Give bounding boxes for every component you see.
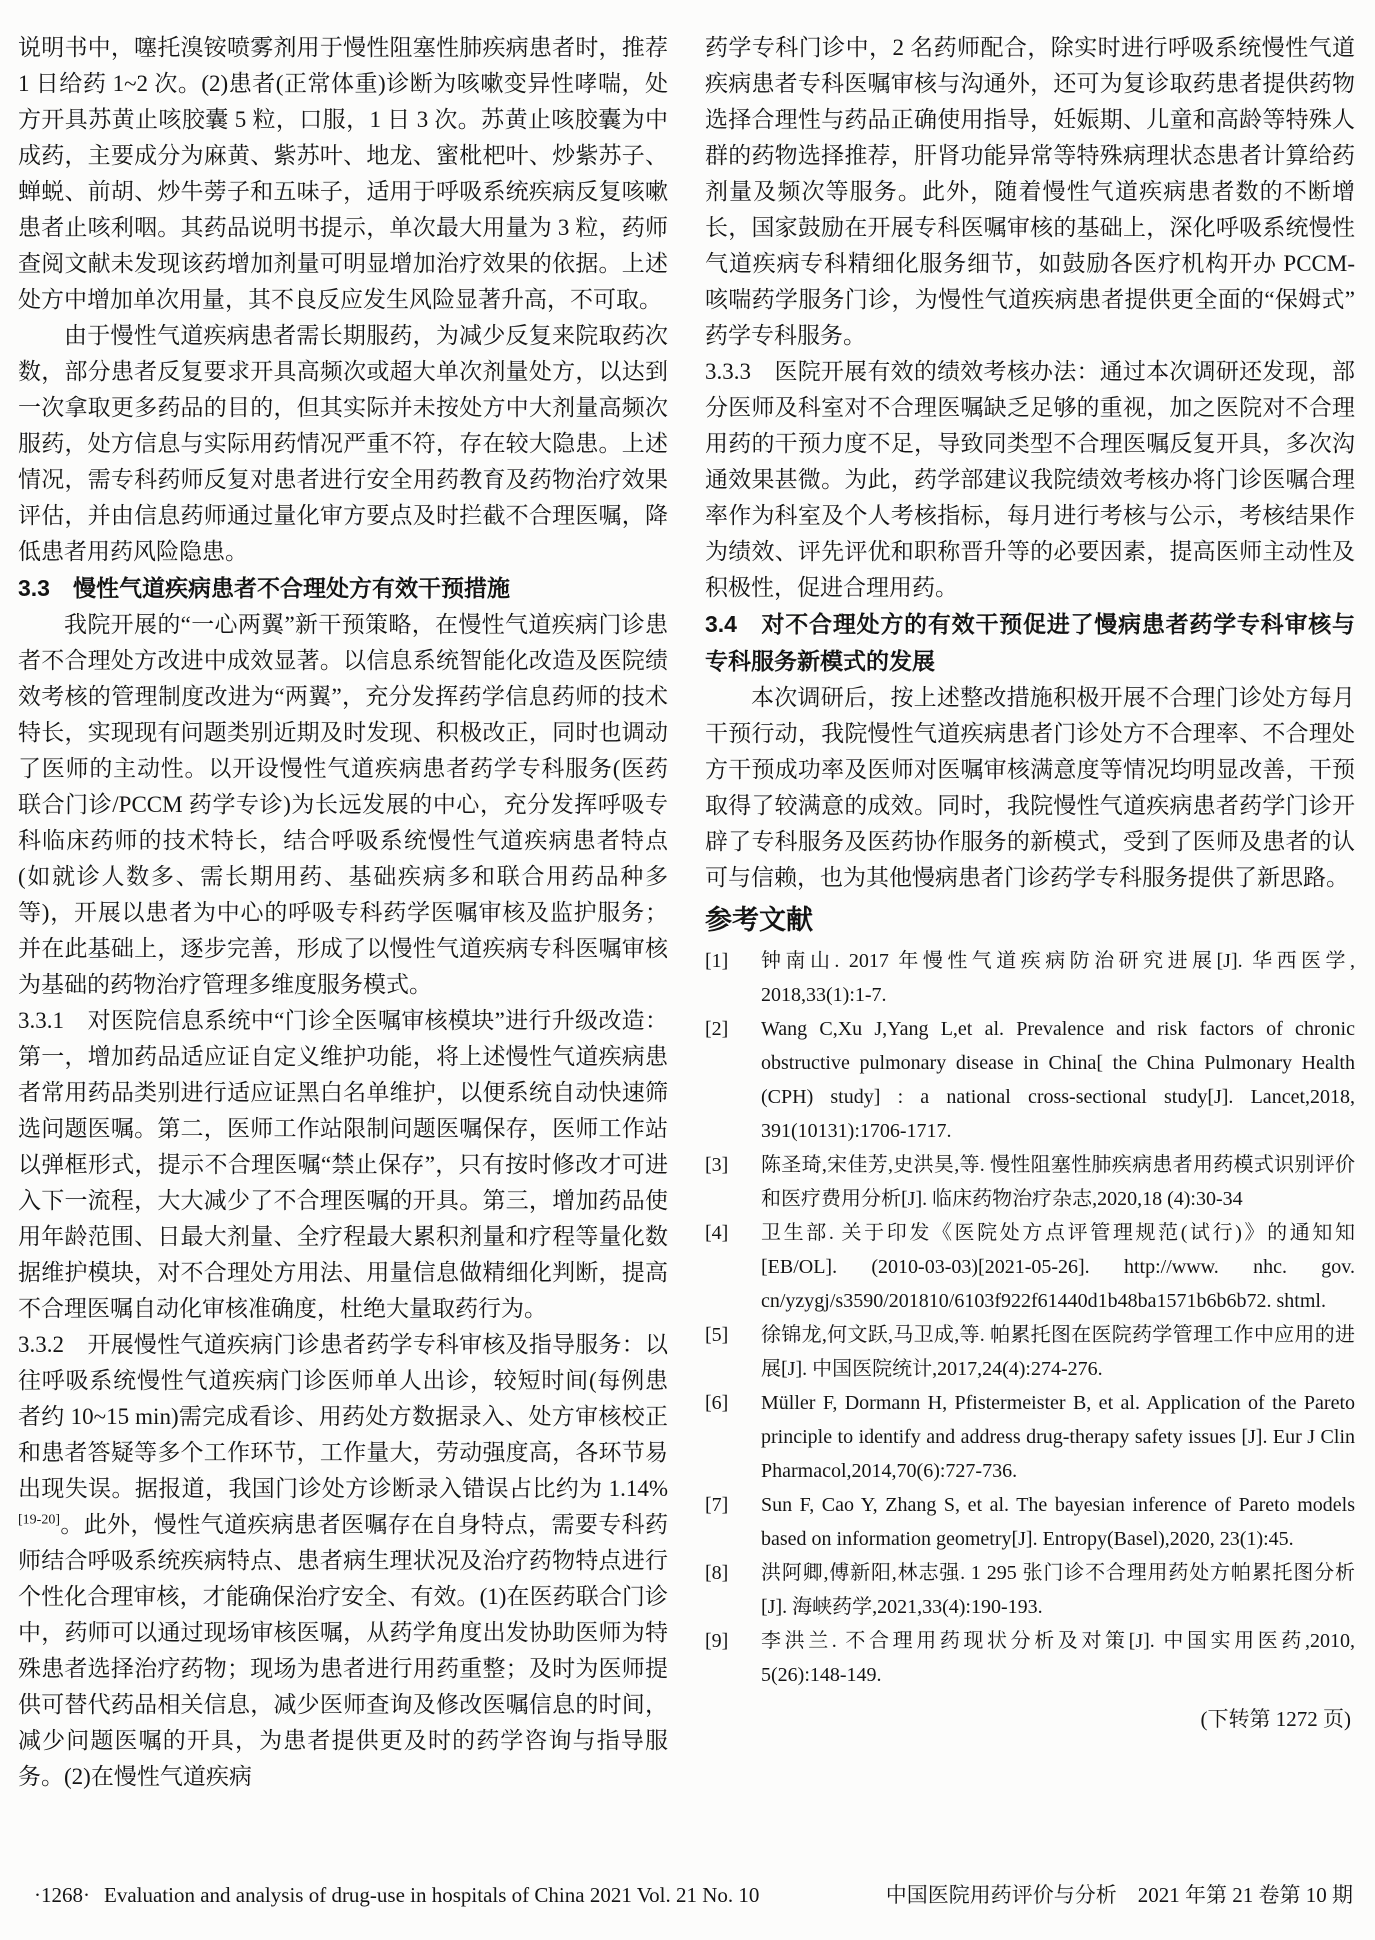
journal-page: 说明书中，噻托溴铵喷雾剂用于慢性阻塞性肺疾病患者时，推荐 1 日给药 1~2 次…	[0, 0, 1375, 1940]
ref-text: 陈圣琦,宋佳芳,史洪昊,等. 慢性阻塞性肺疾病患者用药模式识别评价和医疗费用分析…	[761, 1148, 1355, 1216]
body-paragraph: 说明书中，噻托溴铵喷雾剂用于慢性阻塞性肺疾病患者时，推荐 1 日给药 1~2 次…	[18, 30, 668, 318]
body-paragraph: 药学专科门诊中，2 名药师配合，除实时进行呼吸系统慢性气道疾病患者专科医嘱审核与…	[705, 30, 1355, 354]
reference-item: [7] Sun F, Cao Y, Zhang S, et al. The ba…	[705, 1488, 1355, 1556]
ref-marker: [2]	[705, 1012, 761, 1148]
ref-marker: [6]	[705, 1386, 761, 1488]
right-column: 药学专科门诊中，2 名药师配合，除实时进行呼吸系统慢性气道疾病患者专科医嘱审核与…	[705, 30, 1355, 1795]
ref-marker: [9]	[705, 1624, 761, 1692]
ref-text: Müller F, Dormann H, Pfistermeister B, e…	[761, 1386, 1355, 1488]
footer-left: ·1268· Evaluation and analysis of drug-u…	[34, 1882, 759, 1908]
references-heading: 参考文献	[705, 898, 1355, 942]
reference-item: [8] 洪阿卿,傅新阳,林志强. 1 295 张门诊不合理用药处方帕累托图分析[…	[705, 1556, 1355, 1624]
ref-marker: [5]	[705, 1318, 761, 1386]
reference-item: [3] 陈圣琦,宋佳芳,史洪昊,等. 慢性阻塞性肺疾病患者用药模式识别评价和医疗…	[705, 1148, 1355, 1216]
section-heading-3-4: 3.4 对不合理处方的有效干预促进了慢病患者药学专科审核与专科服务新模式的发展	[705, 606, 1355, 680]
subsection-paragraph-3-3-3: 3.3.3 医院开展有效的绩效考核办法：通过本次调研还发现，部分医师及科室对不合…	[705, 354, 1355, 606]
continuation-note: (下转第 1272 页)	[705, 1702, 1355, 1736]
left-column: 说明书中，噻托溴铵喷雾剂用于慢性阻塞性肺疾病患者时，推荐 1 日给药 1~2 次…	[18, 30, 668, 1795]
page-footer: ·1268· Evaluation and analysis of drug-u…	[0, 1882, 1375, 1908]
paragraph-text: 。此外，慢性气道疾病患者医嘱存在自身特点，需要专科药师结合呼吸系统疾病特点、患者…	[18, 1512, 668, 1789]
reference-item: [5] 徐锦龙,何文跃,马卫成,等. 帕累托图在医院药学管理工作中应用的进展[J…	[705, 1318, 1355, 1386]
section-heading-3-3: 3.3 慢性气道疾病患者不合理处方有效干预措施	[18, 570, 668, 607]
body-paragraph: 我院开展的“一心两翼”新干预策略，在慢性气道疾病门诊患者不合理处方改进中成效显著…	[18, 607, 668, 1003]
two-column-layout: 说明书中，噻托溴铵喷雾剂用于慢性阻塞性肺疾病患者时，推荐 1 日给药 1~2 次…	[18, 30, 1355, 1795]
ref-marker: [1]	[705, 944, 761, 1012]
body-paragraph: 本次调研后，按上述整改措施积极开展不合理门诊处方每月干预行动，我院慢性气道疾病患…	[705, 680, 1355, 896]
ref-marker: [3]	[705, 1148, 761, 1216]
ref-text: Sun F, Cao Y, Zhang S, et al. The bayesi…	[761, 1488, 1355, 1556]
ref-text: 洪阿卿,傅新阳,林志强. 1 295 张门诊不合理用药处方帕累托图分析[J]. …	[761, 1556, 1355, 1624]
reference-item: [1] 钟南山. 2017 年慢性气道疾病防治研究进展[J]. 华西医学, 20…	[705, 944, 1355, 1012]
journal-title-chinese: 中国医院用药评价与分析 2021 年第 21 卷第 10 期	[886, 1883, 1353, 1907]
ref-marker: [7]	[705, 1488, 761, 1556]
subsection-paragraph-3-3-2: 3.3.2 开展慢性气道疾病门诊患者药学专科审核及指导服务：以往呼吸系统慢性气道…	[18, 1327, 668, 1795]
journal-title-english: Evaluation and analysis of drug-use in h…	[104, 1882, 759, 1908]
citation-superscript: [19-20]	[18, 1512, 60, 1527]
ref-marker: [4]	[705, 1216, 761, 1318]
page-number: ·1268·	[34, 1882, 90, 1908]
paragraph-text: 3.3.2 开展慢性气道疾病门诊患者药学专科审核及指导服务：以往呼吸系统慢性气道…	[18, 1332, 668, 1501]
body-paragraph: 由于慢性气道疾病患者需长期服药，为减少反复来院取药次数，部分患者反复要求开具高频…	[18, 318, 668, 570]
ref-text: 卫生部. 关于印发《医院处方点评管理规范(试行)》的通知知 [EB/OL]. (…	[761, 1216, 1355, 1318]
reference-item: [9] 李洪兰. 不合理用药现状分析及对策[J]. 中国实用医药,2010, 5…	[705, 1624, 1355, 1692]
ref-text: 徐锦龙,何文跃,马卫成,等. 帕累托图在医院药学管理工作中应用的进展[J]. 中…	[761, 1318, 1355, 1386]
subsection-paragraph-3-3-1: 3.3.1 对医院信息系统中“门诊全医嘱审核模块”进行升级改造：第一，增加药品适…	[18, 1003, 668, 1327]
reference-item: [4] 卫生部. 关于印发《医院处方点评管理规范(试行)》的通知知 [EB/OL…	[705, 1216, 1355, 1318]
ref-marker: [8]	[705, 1556, 761, 1624]
reference-item: [6] Müller F, Dormann H, Pfistermeister …	[705, 1386, 1355, 1488]
reference-item: [2] Wang C,Xu J,Yang L,et al. Prevalence…	[705, 1012, 1355, 1148]
ref-text: 李洪兰. 不合理用药现状分析及对策[J]. 中国实用医药,2010, 5(26)…	[761, 1624, 1355, 1692]
footer-right: 中国医院用药评价与分析 2021 年第 21 卷第 10 期	[886, 1882, 1353, 1908]
ref-text: Wang C,Xu J,Yang L,et al. Prevalence and…	[761, 1012, 1355, 1148]
ref-text: 钟南山. 2017 年慢性气道疾病防治研究进展[J]. 华西医学, 2018,3…	[761, 944, 1355, 1012]
